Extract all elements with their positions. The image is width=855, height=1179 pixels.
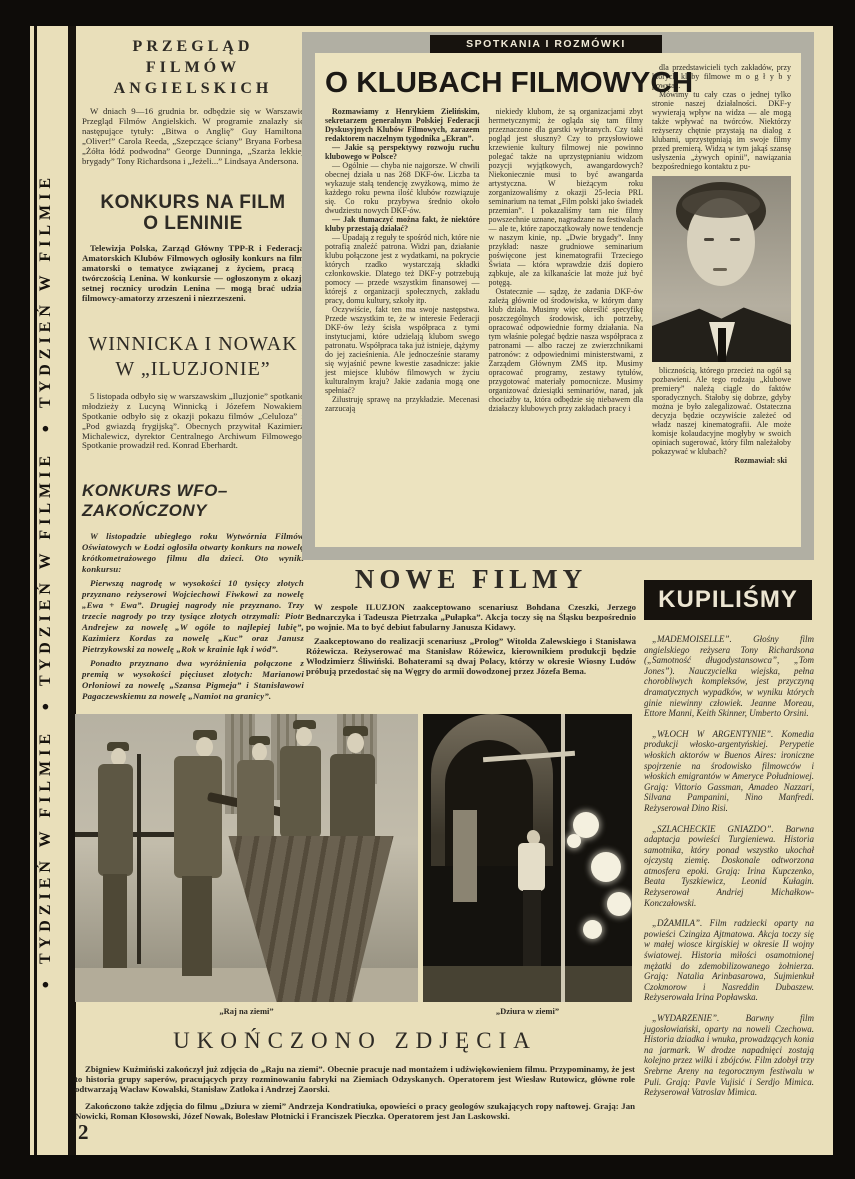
title-line: KONKURS NA FILM (100, 192, 285, 213)
soldier-body (280, 746, 321, 838)
photo-dziura-w-ziemi (423, 714, 632, 1002)
film-review: „WŁOCH W ARGENTYNIE”. Komedia produkcji … (644, 729, 814, 814)
paragraph: Ostatecznie — sądzę, że zadania DKF-ów z… (489, 287, 644, 413)
paragraph: W listopadzie ubiegłego roku Wytwórnia F… (82, 531, 304, 575)
nowe-filmy-title: NOWE FILMY (306, 564, 636, 594)
kupilismy-section: KUPILIŚMY „MADEMOISELLE”. Głośny film an… (644, 580, 814, 1098)
paragraph: blicznością, którego przecież na ogół są… (652, 366, 791, 456)
sidebar-label: TYDZIEŃ W FILMIE (37, 174, 54, 409)
title-line: WINNICKA I NOWAK (88, 333, 297, 355)
page-number: 2 (78, 1120, 89, 1145)
photo-captions: „Raj na ziemi” „Dziura w ziemi” (75, 1006, 632, 1016)
answer: — Upadają z reguły te spośród nich, któr… (325, 233, 480, 305)
article-lenin-title: KONKURS NA FILM O LENINIE (82, 192, 304, 234)
film-review: „WYDARZENIE”. Barwny film jugosłowiański… (644, 1013, 814, 1098)
figure-shirt (518, 843, 545, 891)
left-column: PRZEGLĄD FILMÓW ANGIELSKICH W dniach 9—1… (82, 36, 304, 705)
soldier-head (347, 733, 364, 753)
kupilismy-title: KUPILIŚMY (644, 580, 812, 620)
sidebar-label: TYDZIEŃ W FILMIE (37, 730, 54, 965)
question: — Jakie są perspektywy rozwoju ruchu klu… (325, 143, 480, 161)
bullet-icon: ● (38, 423, 53, 438)
lamp-shape (591, 852, 621, 882)
article-lenin-body: Telewizja Polska, Zarząd Główny TPP-R i … (82, 244, 304, 303)
eye-shape (704, 238, 714, 241)
caption-dziura-w-ziemi: „Dziura w ziemi” (423, 1006, 632, 1016)
paragraph: W zespole ILUZJON zaakceptowano scenariu… (306, 602, 636, 632)
article-wfo-body: W listopadzie ubiegłego roku Wytwórnia F… (82, 531, 304, 702)
title-line: PRZEGLĄD FILMÓW (133, 38, 254, 76)
portrait-photo (652, 176, 791, 362)
answer: — Ogólnie — chyba nie najgorsze. W chwil… (325, 161, 480, 215)
sidebar-label: TYDZIEŃ W FILMIE (37, 452, 54, 687)
eye-shape (730, 238, 740, 241)
film-stills (75, 714, 632, 1002)
film-review: „DŻAMILA”. Film radziecki oparty na powi… (644, 918, 814, 1003)
interview-box: SPOTKANIA I ROZMÓWKI O KLUBACH FILMOWYCH… (302, 32, 814, 560)
soldier-body (174, 756, 222, 878)
paragraph: Rozmawiamy z Henrykiem Zielińskim, sekre… (325, 107, 480, 143)
title-line: ANGIELSKICH (114, 80, 273, 97)
interview-column-1: Rozmawiamy z Henrykiem Zielińskim, sekre… (325, 107, 480, 413)
ukonczono-title: UKOŃCZONO ZDJĘCIA (75, 1028, 635, 1054)
paragraph: Mówimy tu cały czas o jednej tylko stron… (652, 90, 791, 171)
lamp-shape (607, 892, 631, 916)
interview-column-2: niekiedy klubom, że są organizacjami zby… (489, 107, 644, 413)
paragraph: Zbigniew Kuźmiński zakończył już zdjęcia… (75, 1064, 635, 1094)
paragraph: Telewizja Polska, Zarząd Główny TPP-R i … (82, 244, 304, 303)
floor-shape (423, 966, 632, 1002)
article-iluzjon-title: WINNICKA I NOWAK W „ILUZJONIE” (82, 332, 304, 382)
film-review: „MADEMOISELLE”. Głośny film angielskiego… (644, 634, 814, 719)
sidebar-vertical-text: ●TYDZIEŃ W FILMIE●TYDZIEŃ W FILMIE●TYDZI… (37, 26, 68, 1155)
interview-headline: O KLUBACH FILMOWYCH (325, 67, 649, 99)
street-shape (75, 968, 418, 1002)
mouth-shape (713, 268, 727, 271)
question: — Jak tłumaczyć można fakt, że niektóre … (325, 215, 480, 233)
photo-raj-na-ziemi (75, 714, 418, 1002)
pole-shape (561, 714, 565, 1002)
bullet-icon: ● (38, 701, 53, 716)
article-iluzjon-body: 5 listopada odbyło się w warszawskim „Il… (82, 392, 304, 451)
paragraph: Ponadto przyznano dwa wyróżnienia połącz… (82, 658, 304, 702)
title-line: O LENINIE (143, 213, 243, 234)
soldier-head (196, 737, 213, 757)
tie-shape (718, 328, 726, 362)
ukonczono-zdjecia-section: UKOŃCZONO ZDJĘCIA Zbigniew Kuźmiński zak… (75, 1028, 635, 1128)
magazine-page: ●TYDZIEŃ W FILMIE●TYDZIEŃ W FILMIE●TYDZI… (30, 26, 833, 1155)
paragraph: niekiedy klubom, że są organizacjami zby… (489, 107, 644, 287)
post-shape (137, 754, 141, 964)
soldier-head (252, 743, 267, 761)
figure-legs (523, 890, 541, 966)
interview-main: O KLUBACH FILMOWYCH Rozmawiamy z Henryki… (325, 59, 643, 465)
soldier-body (237, 760, 274, 842)
hair-fringe-shape (682, 190, 760, 218)
sidebar-tydzien-w-filmie: ●TYDZIEŃ W FILMIE●TYDZIEŃ W FILMIE●TYDZI… (34, 26, 76, 1155)
paragraph: Oczywiście, fakt ten ma swoje następstwa… (325, 305, 480, 395)
title-line: W „ILUZJONIE” (115, 358, 270, 380)
soldier-body (98, 764, 133, 876)
interview-signoff: Rozmawiał: ski (652, 456, 791, 465)
film-review: „SZLACHECKIE GNIAZDO”. Barwna adaptacja … (644, 824, 814, 909)
paragraph: Zakończono także zdjęcia do filmu „Dziur… (75, 1101, 635, 1121)
interview-panel: O KLUBACH FILMOWYCH Rozmawiamy z Henryki… (315, 53, 801, 547)
bullet-icon: ● (38, 979, 53, 994)
paragraph: Pierwszą nagrodę w wysokości 10 tysięcy … (82, 578, 304, 655)
doorway-light-shape (453, 810, 477, 902)
interview-column-3: dla przedstawicieli tych zakładów, przy … (652, 59, 791, 465)
caption-raj-na-ziemi: „Raj na ziemi” (75, 1006, 418, 1016)
nowe-filmy-section: NOWE FILMY W zespole ILUZJON zaakceptowa… (306, 564, 636, 680)
soldier-legs (182, 876, 212, 976)
article-wfo-title: KONKURS WFO–ZAKOŃCZONY (82, 481, 304, 521)
soldier-head (296, 727, 312, 746)
paragraph: W dniach 9—16 grudnia br. odbędzie się w… (82, 107, 304, 166)
lamp-shape (583, 920, 602, 939)
paragraph: Zilustruję sprawę na przykładzie. Mecena… (325, 395, 480, 413)
article-english-title: PRZEGLĄD FILMÓW ANGIELSKICH (82, 36, 304, 99)
lamp-shape (567, 834, 581, 848)
soldier-legs (103, 874, 127, 968)
article-english-body: W dniach 9—16 grudnia br. odbędzie się w… (82, 107, 304, 166)
paragraph: Zaakceptowano do realizacji scenariusz „… (306, 636, 636, 676)
paragraph: 5 listopada odbyło się w warszawskim „Il… (82, 392, 304, 451)
section-kicker: SPOTKANIA I ROZMÓWKI (430, 35, 662, 53)
